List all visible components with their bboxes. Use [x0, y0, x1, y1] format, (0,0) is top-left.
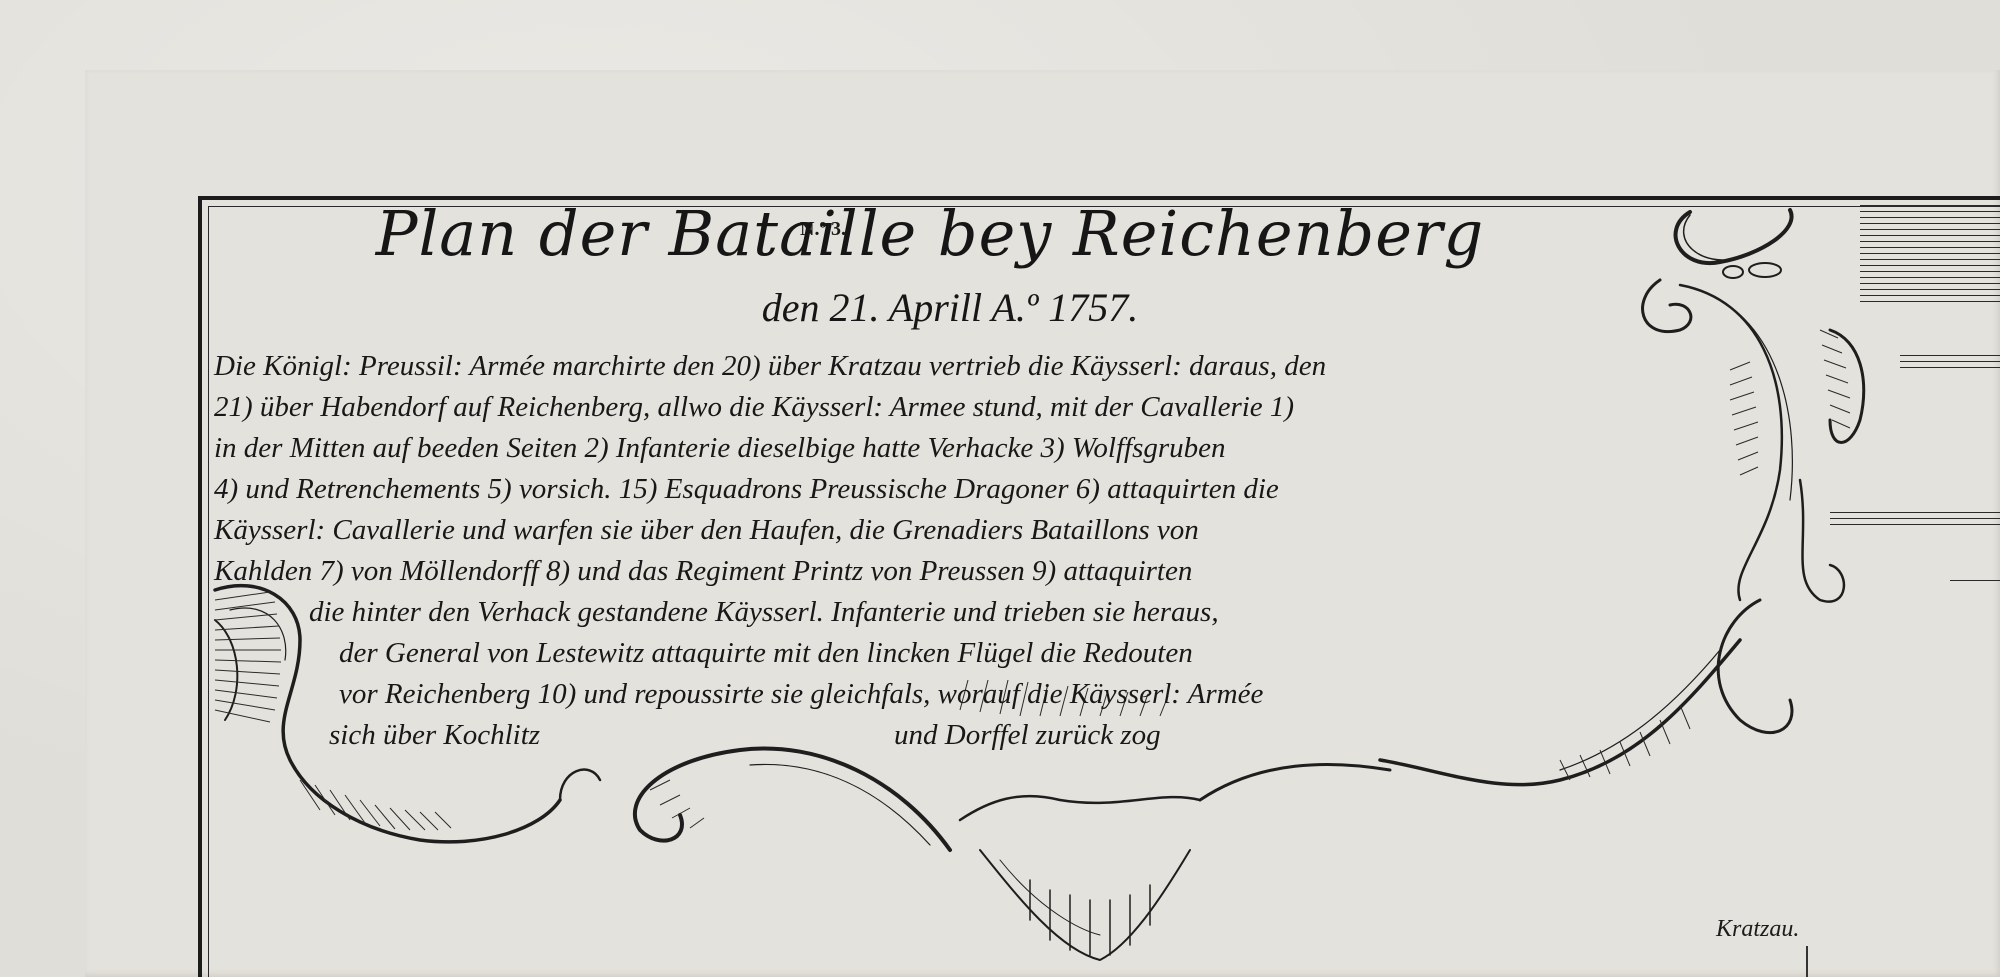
description-line-7: die hinter den Verhack gestandene Käysse…: [309, 592, 1219, 633]
map-label-kratzau: Kratzau.: [1716, 916, 1799, 943]
description-line-2: 21) über Habendorf auf Reichenberg, allw…: [214, 387, 1294, 428]
map-date: den 21. Aprill A.º 1757.: [640, 288, 1260, 328]
kratzau-road-mark: [1806, 946, 1808, 977]
description-line-5: Käysserl: Cavallerie und warfen sie über…: [214, 510, 1199, 551]
description-line-9: vor Reichenberg 10) und repoussirte sie …: [339, 674, 1263, 715]
description-line-4: 4) und Retrenchements 5) vorsich. 15) Es…: [214, 469, 1279, 510]
description-line-1: Die Königl: Preussil: Armée marchirte de…: [214, 346, 1326, 387]
description-line-10a: sich über Kochlitz: [329, 715, 540, 756]
description-line-8: der General von Lestewitz attaquirte mit…: [339, 633, 1193, 674]
description-line-6: Kahlden 7) von Möllendorff 8) und das Re…: [214, 551, 1192, 592]
description-line-10b: und Dorffel zurück zog: [894, 715, 1161, 756]
map-title: Plan der Bataille bey Reichenberg: [370, 203, 1490, 265]
description-line-3: in der Mitten auf beeden Seiten 2) Infan…: [214, 428, 1226, 469]
